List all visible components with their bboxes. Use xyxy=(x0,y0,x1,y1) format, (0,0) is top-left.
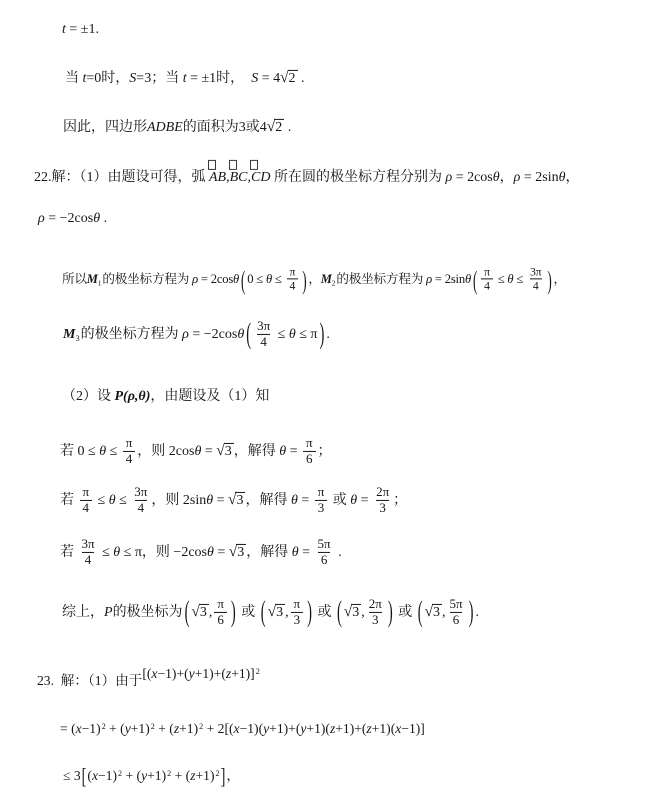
fraction: 3π4 xyxy=(132,485,149,515)
fraction-denominator: 4 xyxy=(82,552,95,568)
big-paren: ) xyxy=(307,598,312,628)
math-variable-bold: M xyxy=(321,272,332,286)
text-run: −1) xyxy=(82,721,101,736)
math-variable: P xyxy=(104,605,113,620)
text-run: + ( xyxy=(122,768,141,783)
text-run: = xyxy=(286,444,301,459)
text-run: = xyxy=(357,493,372,508)
text-run: 的极坐标为 xyxy=(113,605,183,620)
text-run: , xyxy=(361,605,365,620)
text-run: = ±1. xyxy=(66,22,99,37)
square-root: √3 xyxy=(344,602,361,622)
text-run: −1)+( xyxy=(157,666,188,681)
math-variable: θ xyxy=(237,327,244,342)
radicand: 3 xyxy=(275,604,285,621)
square-root: √3 xyxy=(228,490,245,510)
fraction-numerator: π xyxy=(304,436,315,451)
q23-part1-intro: 23. 解：（1）由于[(x−1)+(y+1)+(z+1)]2 xyxy=(37,672,260,690)
fraction: 2π3 xyxy=(374,485,391,515)
text-run: ， xyxy=(554,272,566,286)
text-run: ，解得 xyxy=(234,444,280,459)
text-run: +1)+( xyxy=(195,666,226,681)
text-run: +1) xyxy=(131,721,150,736)
radicand: 3 xyxy=(224,443,234,460)
radicand: 3 xyxy=(351,604,361,621)
text-run: 因此，四边形 xyxy=(63,120,147,135)
m1-m2-equations: 所以M1的极坐标方程为 ρ = 2cosθ(0 ≤ θ ≤ π4)，M2的极坐标… xyxy=(62,266,566,293)
text-run: 22.解：（1）由题设可得，弧 xyxy=(34,170,209,185)
text-run: , xyxy=(209,605,213,620)
text-run: ≤ xyxy=(272,272,285,286)
text-run: 的极坐标方程为 xyxy=(102,272,192,286)
math-variable: ρ xyxy=(182,327,189,342)
text-run: +1) xyxy=(147,768,166,783)
math-variable: ADBE xyxy=(147,120,183,135)
square-root: √3 xyxy=(268,602,285,622)
fraction-denominator: 4 xyxy=(287,279,299,293)
text-run: = ±1时， xyxy=(187,71,252,86)
big-paren: ) xyxy=(547,267,551,294)
text-run: ≤ xyxy=(94,493,109,508)
text-run: + 2[( xyxy=(203,721,233,736)
text-run: 或 xyxy=(314,605,335,620)
text-run: ，解得 xyxy=(245,493,291,508)
superscript: 2 xyxy=(102,722,106,731)
s-values: 当 t=0时，S=3；当 t = ±1时， S = 4√2 . xyxy=(65,68,305,88)
math-variable-bold: M xyxy=(63,327,75,342)
text-run: −1) xyxy=(98,768,117,783)
square-root: √3 xyxy=(216,441,233,461)
big-paren: ( xyxy=(473,267,477,294)
math-variable: θ xyxy=(233,272,239,286)
math-variable-bold: P(ρ,θ) xyxy=(115,389,151,404)
fraction-denominator: 3 xyxy=(376,500,389,516)
text-run: ≤ xyxy=(116,493,131,508)
q22-part1-intro: 22.解：（1）由题设可得，弧 AB,BC,CD 所在圆的极坐标方程分别为 ρ … xyxy=(34,169,580,187)
text-run: ， xyxy=(308,272,320,286)
text-run: +1)( xyxy=(372,721,396,736)
text-run: . xyxy=(284,120,291,135)
text-run: + ( xyxy=(106,721,125,736)
text-run: ； xyxy=(318,444,332,459)
fraction-numerator: 3π xyxy=(528,265,543,278)
text-run: = xyxy=(201,444,216,459)
big-paren: ( xyxy=(418,598,423,628)
inequality-line: ≤ 3[(x−1)2 + (y+1)2 + (z+1)2]， xyxy=(63,767,240,785)
area-conclusion: 因此，四边形ADBE的面积为3或4√2 . xyxy=(63,117,291,137)
superscript: 2 xyxy=(216,769,220,778)
text-run: =0时， xyxy=(86,71,129,86)
arc-glyph-box xyxy=(208,160,216,170)
math-variable: θ xyxy=(291,493,298,508)
text-run: ≤ xyxy=(99,545,114,560)
text-run: 的面积为3或4 xyxy=(183,120,267,135)
radicand: 3 xyxy=(199,604,209,621)
superscript: 2 xyxy=(256,667,260,676)
raised-formula-group: [(x−1)+(y+1)+(z+1)]2 xyxy=(142,665,259,683)
text-run: ， xyxy=(500,170,514,185)
radicand: 2 xyxy=(288,70,298,87)
fraction-numerator: π xyxy=(292,597,303,612)
square-root: √3 xyxy=(229,542,246,562)
fraction: π3 xyxy=(315,485,328,515)
expansion-line: = (x−1)2 + (y+1)2 + (z+1)2 + 2[(x−1)(y+1… xyxy=(60,720,425,738)
text-run: 所在圆的极坐标方程分别为 xyxy=(270,170,445,185)
text-run: +1)( xyxy=(306,721,330,736)
fraction: π6 xyxy=(303,436,316,466)
fraction: 3π4 xyxy=(528,265,543,292)
fraction-numerator: π xyxy=(124,436,135,451)
fraction: 2π3 xyxy=(367,597,384,627)
fraction-numerator: 2π xyxy=(367,597,384,612)
fraction-numerator: π xyxy=(482,265,492,278)
big-paren: ( xyxy=(246,320,251,350)
text-run: , xyxy=(285,605,289,620)
fraction-numerator: π xyxy=(80,485,91,500)
text-run: = 2cos xyxy=(198,272,233,286)
text-run: 若 xyxy=(60,545,78,560)
fraction: π3 xyxy=(291,597,304,627)
fraction-numerator: π xyxy=(215,597,226,612)
fraction-denominator: 4 xyxy=(123,451,136,467)
math-variable: θ xyxy=(207,545,214,560)
text-run: ≤ xyxy=(274,327,289,342)
text-run: . xyxy=(326,327,330,342)
subscript: 3 xyxy=(75,334,79,343)
m3-equation: M3的极坐标方程为 ρ = −2cosθ(3π4 ≤ θ ≤ π). xyxy=(63,320,330,350)
fraction-denominator: 6 xyxy=(303,451,316,467)
text-run: ，由题设及（1）知 xyxy=(150,389,269,404)
text-run: = 4 xyxy=(258,71,280,86)
fraction: 3π4 xyxy=(255,319,272,349)
fraction-numerator: 3π xyxy=(132,485,149,500)
text-run: + ( xyxy=(171,768,190,783)
math-variable: θ xyxy=(493,170,500,185)
text-run: = xyxy=(298,493,313,508)
big-paren: ) xyxy=(320,320,325,350)
big-paren: ( xyxy=(337,598,342,628)
text-run: 所以 xyxy=(62,272,87,286)
fraction: π4 xyxy=(287,265,299,292)
text-run: 的极坐标方程为 xyxy=(336,272,426,286)
fraction-numerator: π xyxy=(288,265,298,278)
arc-over-letters: AB xyxy=(209,169,226,187)
text-run: =3；当 xyxy=(136,71,182,86)
fraction: 3π4 xyxy=(80,537,97,567)
square-root: √2 xyxy=(267,117,284,137)
text-run: = −2cos xyxy=(189,327,237,342)
fraction: 5π6 xyxy=(316,537,333,567)
text-run: = xyxy=(214,545,229,560)
fraction-denominator: 4 xyxy=(481,279,493,293)
text-run: −1)] xyxy=(401,721,425,736)
text-run: ≤ xyxy=(513,272,526,286)
case-2: 若 π4 ≤ θ ≤ 3π4，则 2sinθ = √3，解得 θ = π3 或 … xyxy=(60,486,407,516)
q22-part2-intro: （2）设 P(ρ,θ)，由题设及（1）知 xyxy=(62,388,269,406)
conclusion-t: t = ±1. xyxy=(62,21,99,39)
text-run: = 2sin xyxy=(520,170,558,185)
big-bracket: ] xyxy=(221,766,226,788)
fraction: π4 xyxy=(123,436,136,466)
superscript: 2 xyxy=(151,722,155,731)
subscript: 1 xyxy=(98,279,102,288)
fraction-denominator: 6 xyxy=(214,612,227,628)
text-run: +1)] xyxy=(231,666,255,681)
text-run: 的极坐标方程为 xyxy=(81,327,183,342)
fraction-numerator: 3π xyxy=(255,319,272,334)
rho-eq-3: ρ = −2cosθ . xyxy=(38,210,107,228)
text-run: 或 xyxy=(329,493,350,508)
fraction-numerator: 2π xyxy=(374,485,391,500)
fraction-denominator: 3 xyxy=(291,612,304,628)
square-root: √3 xyxy=(425,602,442,622)
text-run: ≤ π xyxy=(296,327,318,342)
big-paren: ) xyxy=(231,598,236,628)
text-run: +1) xyxy=(179,721,198,736)
superscript: 2 xyxy=(167,769,171,778)
subscript: 2 xyxy=(332,279,336,288)
big-paren: ) xyxy=(469,598,474,628)
text-run: 或 xyxy=(238,605,259,620)
fraction-denominator: 3 xyxy=(369,612,382,628)
fraction: π6 xyxy=(214,597,227,627)
fraction-numerator: 5π xyxy=(448,597,465,612)
text-run: ≤ π，则 −2cos xyxy=(120,545,207,560)
big-bracket: [ xyxy=(82,766,87,788)
text-run: 当 xyxy=(65,71,83,86)
text-run: ， xyxy=(226,768,240,783)
text-run: + ( xyxy=(155,721,174,736)
arc-over-letters: BC xyxy=(230,169,248,187)
fraction-denominator: 4 xyxy=(257,334,270,350)
square-root: √2 xyxy=(280,68,297,88)
polar-coords-conclusion: 综上，P的极坐标为(√3,π6) 或 (√3,π3) 或 (√3,2π3) 或 … xyxy=(62,598,479,628)
text-run: = xyxy=(299,545,314,560)
text-run: +1) xyxy=(196,768,215,783)
text-run: +1)+( xyxy=(269,721,300,736)
fraction-denominator: 4 xyxy=(530,279,542,293)
math-variable-bold: M xyxy=(87,272,98,286)
math-variable: ρ xyxy=(38,211,45,226)
text-run: = 2sin xyxy=(432,272,465,286)
text-run: 或 xyxy=(395,605,416,620)
text-run: ，则 2sin xyxy=(151,493,206,508)
text-run: . xyxy=(298,71,305,86)
fraction-denominator: 4 xyxy=(135,500,148,516)
fraction: 5π6 xyxy=(448,597,465,627)
superscript: 2 xyxy=(199,722,203,731)
fraction-denominator: 3 xyxy=(315,500,328,516)
radicand: 3 xyxy=(235,492,245,509)
text-run: , xyxy=(442,605,446,620)
arc-over-letters: CD xyxy=(251,169,270,187)
text-run: 0 ≤ xyxy=(247,272,266,286)
fraction-denominator: 6 xyxy=(318,552,331,568)
text-run: ； xyxy=(393,493,407,508)
big-paren: ( xyxy=(185,598,190,628)
text-run: ≤ 3 xyxy=(63,768,81,783)
fraction-denominator: 6 xyxy=(450,612,463,628)
text-run: （2）设 xyxy=(62,389,115,404)
big-paren: ) xyxy=(302,267,306,294)
math-variable: θ xyxy=(559,170,566,185)
text-run: ≤ xyxy=(495,272,508,286)
text-run: 若 0 ≤ xyxy=(60,444,99,459)
text-run: . xyxy=(475,605,479,620)
arc-glyph-box xyxy=(250,160,258,170)
text-run: = ( xyxy=(60,721,76,736)
text-run: ，则 2cos xyxy=(137,444,194,459)
text-run: 23. 解：（1）由于 xyxy=(37,673,142,688)
math-solution-document: t = ±1.当 t=0时，S=3；当 t = ±1时， S = 4√2 .因此… xyxy=(0,0,650,809)
superscript: 2 xyxy=(118,769,122,778)
fraction: π4 xyxy=(80,485,93,515)
fraction-numerator: π xyxy=(316,485,327,500)
math-variable: θ xyxy=(292,545,299,560)
radicand: 3 xyxy=(432,604,442,621)
fraction-denominator: 4 xyxy=(80,500,93,516)
big-paren: ( xyxy=(261,598,266,628)
page: { "page": { "background": "#ffffff", "te… xyxy=(0,0,650,809)
text-run: = xyxy=(213,493,228,508)
text-run: . xyxy=(335,545,342,560)
text-run: = −2cos xyxy=(45,211,93,226)
text-run: ， xyxy=(566,170,580,185)
radicand: 3 xyxy=(236,544,246,561)
big-paren: ) xyxy=(388,598,393,628)
fraction-numerator: 3π xyxy=(80,537,97,552)
text-run: . xyxy=(100,211,107,226)
text-run: ≤ xyxy=(106,444,121,459)
text-run: 若 xyxy=(60,493,78,508)
text-run: −1)( xyxy=(240,721,264,736)
text-run: = 2cos xyxy=(452,170,493,185)
math-variable: θ xyxy=(109,493,116,508)
square-root: √3 xyxy=(191,602,208,622)
arc-glyph-box xyxy=(229,160,237,170)
text-run: ，解得 xyxy=(246,545,292,560)
big-paren: ( xyxy=(241,267,245,294)
math-variable: θ xyxy=(289,327,296,342)
text-run: +1)+( xyxy=(335,721,366,736)
math-variable: θ xyxy=(465,272,471,286)
text-run: 综上， xyxy=(62,605,104,620)
fraction-numerator: 5π xyxy=(316,537,333,552)
fraction: π4 xyxy=(481,265,493,292)
case-1: 若 0 ≤ θ ≤ π4，则 2cosθ = √3，解得 θ = π6； xyxy=(60,437,332,467)
radicand: 2 xyxy=(274,119,284,136)
case-3: 若 3π4 ≤ θ ≤ π，则 −2cosθ = √3，解得 θ = 5π6 . xyxy=(60,538,342,568)
